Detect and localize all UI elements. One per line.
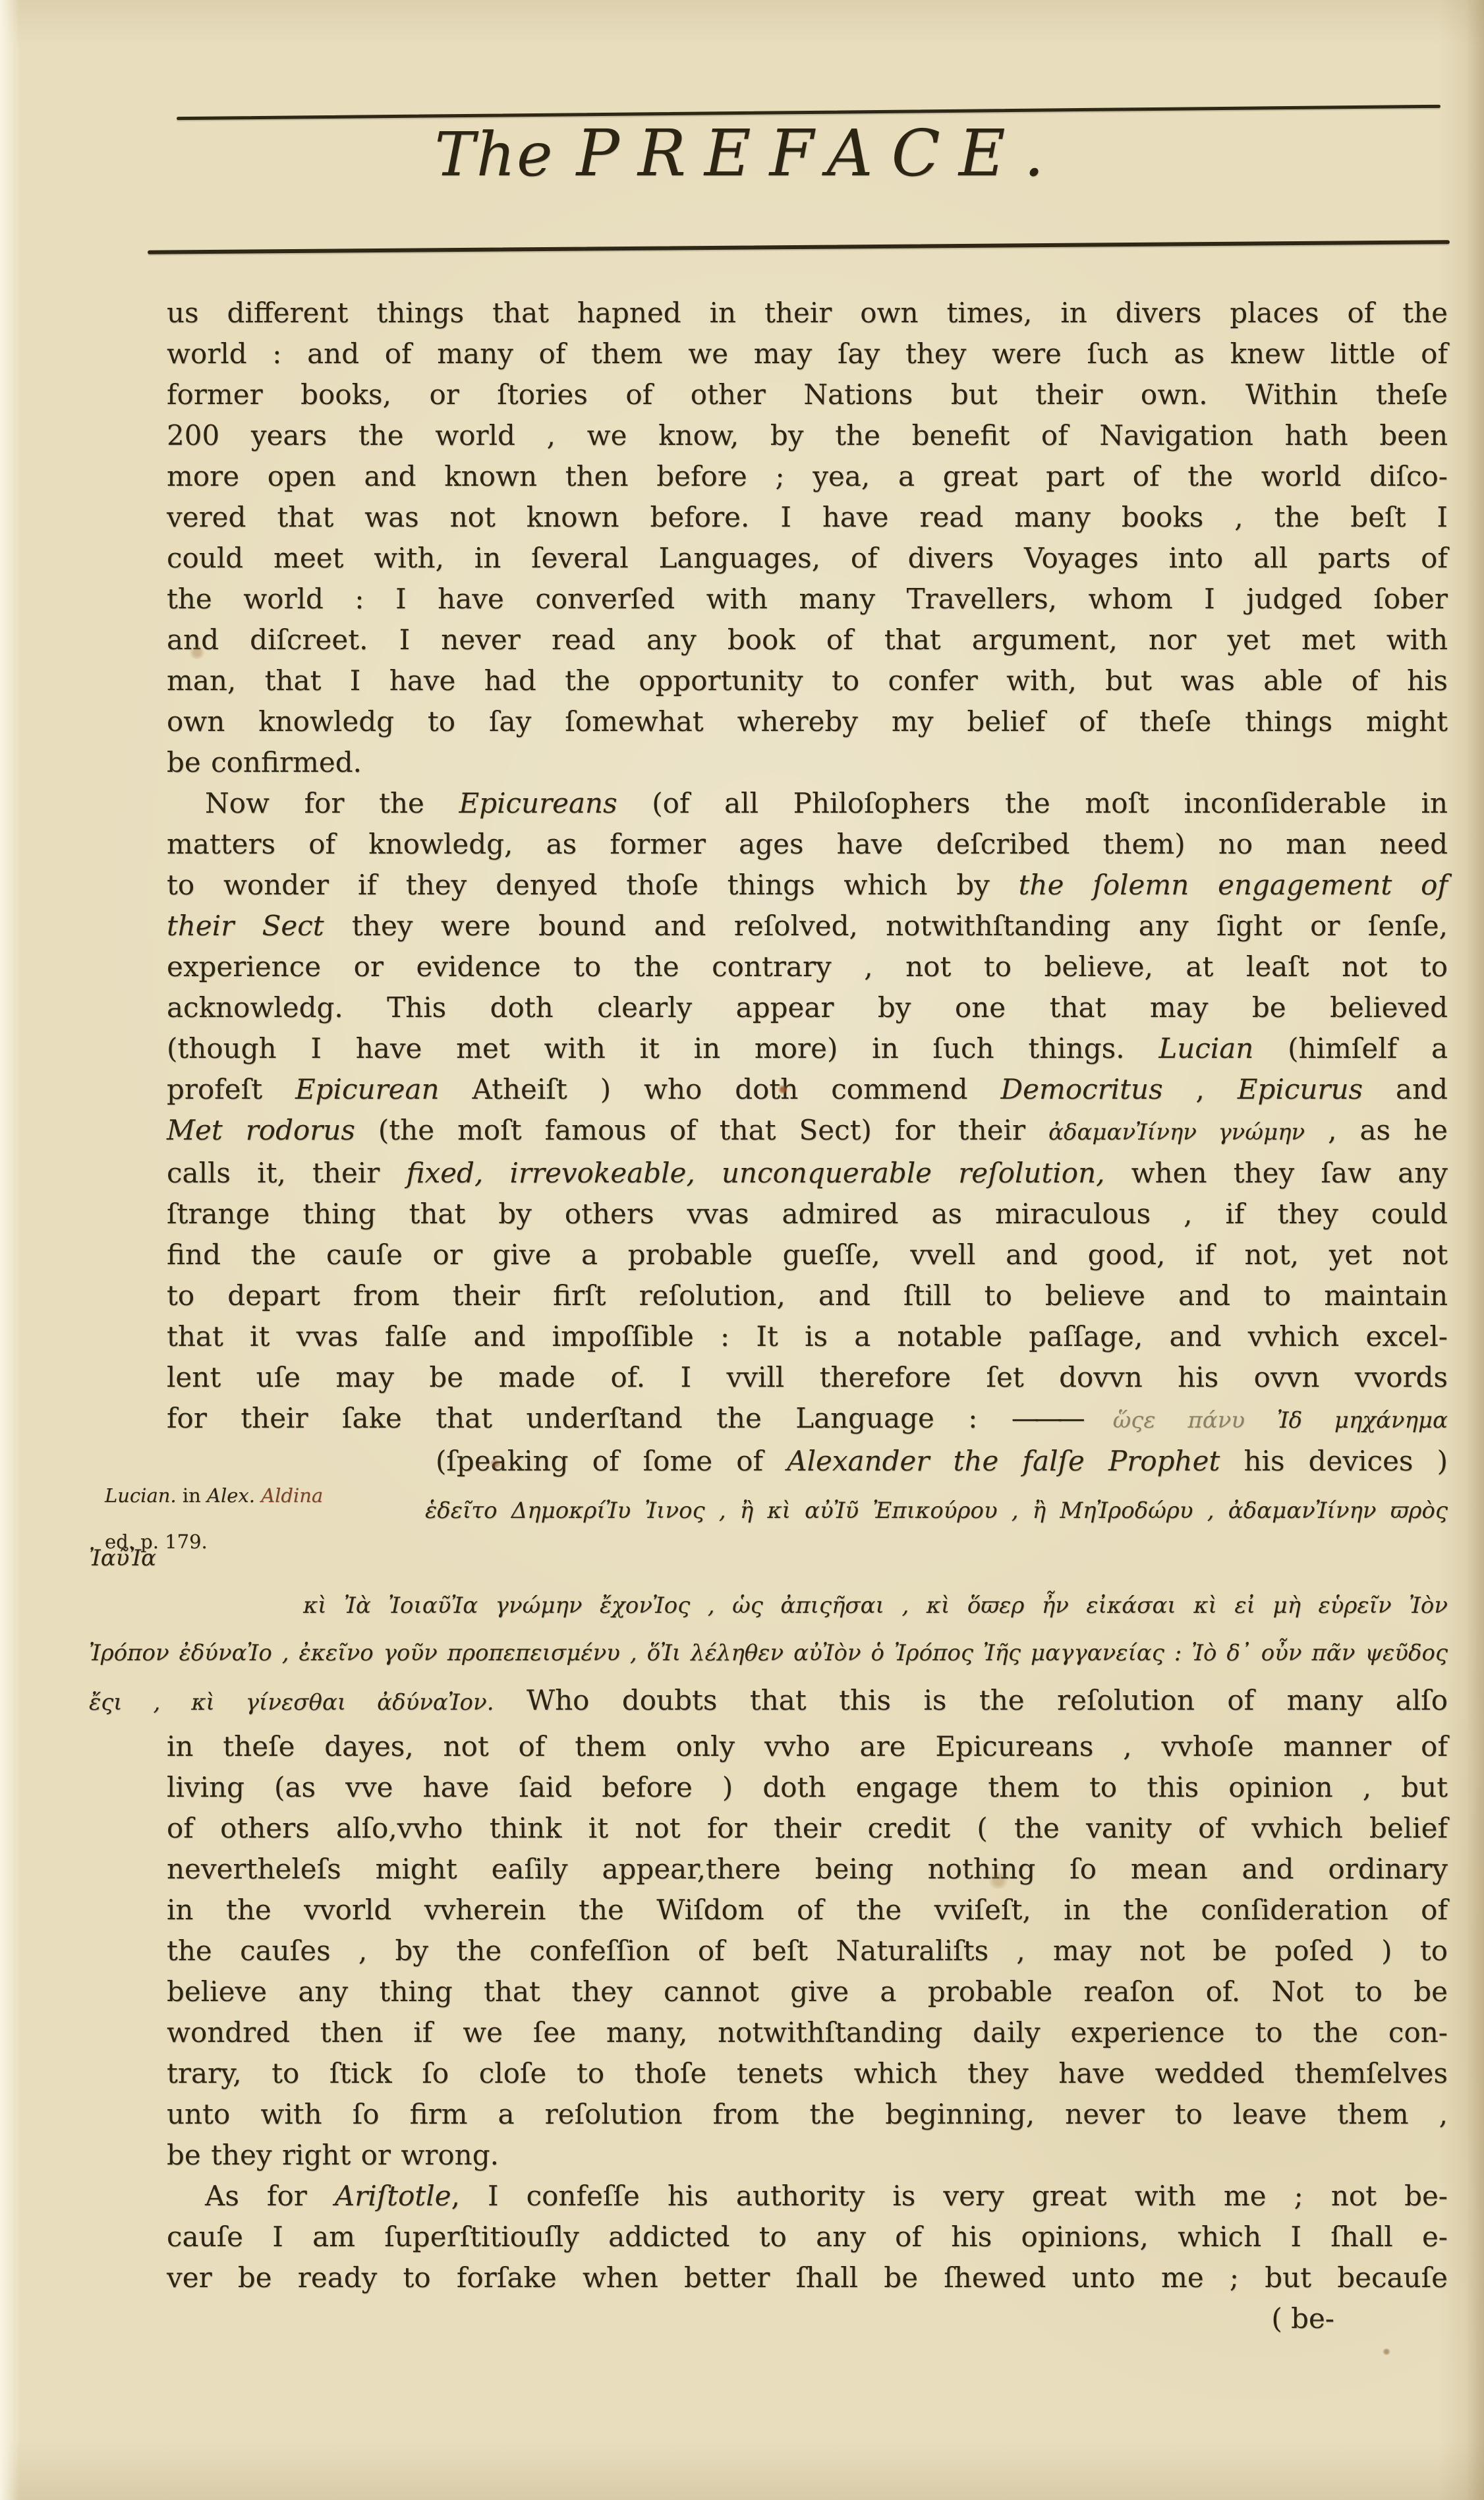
text-line: former books, or ſtories of other Nation… bbox=[167, 374, 1448, 415]
text-segment: lent uſe may be made of. I vvill therefo… bbox=[167, 1361, 1448, 1393]
text-line: own knowledg to ſay ſomewhat whereby my … bbox=[167, 701, 1448, 742]
text-segment: and diſcreet. I never read any book of t… bbox=[167, 624, 1448, 656]
text-line: lent uſe may be made of. I vvill therefo… bbox=[167, 1357, 1448, 1398]
text-line: ἔςι , κὶ γίνεσθαι ἀδύναἸον. Who doubts t… bbox=[89, 1677, 1448, 1726]
text-segment: nevertheleſs might eaſily appear,there b… bbox=[167, 1853, 1448, 1885]
text-segment: to depart from their firſt reſolution, a… bbox=[167, 1279, 1448, 1312]
greek-text: ἀδαμανἸίνην γνώμην bbox=[1048, 1119, 1305, 1146]
text-segment: profeſt bbox=[167, 1073, 295, 1105]
text-segment: As for bbox=[205, 2180, 335, 2212]
text-segment: the world : I have converſed with many T… bbox=[167, 583, 1448, 615]
text-segment: living (as vve have ſaid before ) doth e… bbox=[167, 1771, 1448, 1803]
greek-text: Ἰρόπον ἐδύναἸο , ἐκεῖνο γοῦν προπεπεισμέ… bbox=[89, 1640, 1448, 1666]
text-line: (ſpeaking of ſome of Alexander the falſe… bbox=[167, 1441, 1448, 1482]
text-line: be they right or wrong. bbox=[167, 2135, 1448, 2176]
text-segment: man, that I have had the opportunity to … bbox=[167, 664, 1448, 697]
text-line: κὶ Ἰὰ ἸοιαῦἸα γνώμην ἔχονἸος , ὡς ἀπιςῆσ… bbox=[89, 1582, 1448, 1629]
italic-text: Ariſtotle bbox=[335, 2180, 451, 2212]
text-line: that it vvas falſe and impoſſible : It i… bbox=[167, 1316, 1448, 1357]
text-line: 200 years the world , we know, by the be… bbox=[167, 415, 1448, 456]
text-segment: be they right or wrong. bbox=[167, 2139, 499, 2171]
text-line: man, that I have had the opportunity to … bbox=[167, 660, 1448, 701]
text-segment: and bbox=[1363, 1073, 1448, 1105]
text-segment: they were bound and reſolved, notwithſta… bbox=[324, 910, 1448, 942]
italic-text: Lucian bbox=[1158, 1032, 1253, 1064]
page-title-main: PREFACE. bbox=[577, 116, 1063, 190]
text-line: As for Ariſtotle, I confeſſe his authori… bbox=[167, 2176, 1448, 2217]
text-segment: own knowledg to ſay ſomewhat whereby my … bbox=[167, 705, 1448, 738]
text-segment: , I confeſſe his authority is very great… bbox=[451, 2180, 1448, 2212]
text-segment: vered that was not known before. I have … bbox=[167, 501, 1448, 533]
text-line: be confirmed. bbox=[167, 742, 1448, 783]
text-segment: could meet with, in ſeveral Languages, o… bbox=[167, 542, 1448, 574]
text-line: us different things that hapned in their… bbox=[167, 293, 1448, 334]
text-segment: more open and known then before ; yea, a… bbox=[167, 460, 1448, 492]
text-segment: (ſpeaking of ſome of bbox=[436, 1445, 787, 1477]
text-line: trary, to ſtick ſo cloſe to thoſe tenets… bbox=[167, 2053, 1448, 2094]
text-line: ver be ready to forſake when better ſhal… bbox=[167, 2257, 1448, 2298]
text-line: of others alſo,vvho think it not for the… bbox=[167, 1808, 1448, 1849]
italic-text: the ſolemn engagement of bbox=[1019, 869, 1448, 901]
text-line: matters of knowledg, as former ages have… bbox=[167, 824, 1448, 865]
text-line: calls it, their fixed, irrevokeable, unc… bbox=[167, 1153, 1448, 1194]
text-segment: world : and of many of them we may ſay t… bbox=[167, 337, 1448, 370]
margin-note-line: Lucian. in Alex. Aldina bbox=[105, 1472, 323, 1519]
text-segment: of others alſo,vvho think it not for the… bbox=[167, 1812, 1448, 1844]
text-line: the cauſes , by the confeſſion of beſt N… bbox=[167, 1931, 1448, 1971]
text-segment: acknowledg. This doth clearly appear by … bbox=[167, 991, 1448, 1024]
italic-text: their Sect bbox=[167, 910, 324, 942]
italic-text: fixed, irrevokeable, unconquerable reſol… bbox=[407, 1157, 1105, 1189]
text-line: wondred then if we ſee many, notwithſtan… bbox=[167, 2012, 1448, 2053]
text-segment: experience or evidence to the contrary ,… bbox=[167, 950, 1448, 983]
margin-note-text: Aldina bbox=[255, 1484, 323, 1507]
text-segment: Atheiſt ) who doth commend bbox=[440, 1073, 1001, 1105]
text-line: (though I have met with it in more) in ſ… bbox=[167, 1028, 1448, 1069]
text-segment: believe any thing that they cannot give … bbox=[167, 1975, 1448, 2008]
dash-rule: ——— bbox=[1012, 1402, 1081, 1434]
catchword: ( be- bbox=[167, 2298, 1448, 2339]
margin-note-line: ed. p. 179. bbox=[105, 1519, 323, 1565]
text-segment: calls it, their bbox=[167, 1157, 407, 1189]
text-line: could meet with, in ſeveral Languages, o… bbox=[167, 538, 1448, 579]
text-segment: (though I have met with it in more) in ſ… bbox=[167, 1032, 1158, 1064]
text-segment: trary, to ſtick ſo cloſe to thoſe tenets… bbox=[167, 2057, 1448, 2089]
text-line: to wonder if they denyed thoſe things wh… bbox=[167, 865, 1448, 906]
text-line: believe any thing that they cannot give … bbox=[167, 1971, 1448, 2012]
paragraph-greek: Lucian. in Alex. Aldinaed. p. 179.ἑδεῖτο… bbox=[89, 1482, 1448, 1726]
text-segment: his devices ) bbox=[1220, 1445, 1448, 1477]
greek-text: κὶ Ἰὰ ἸοιαῦἸα γνώμην ἔχονἸος , ὡς ἀπιςῆσ… bbox=[303, 1592, 1448, 1619]
text-segment: former books, or ſtories of other Nation… bbox=[167, 378, 1448, 411]
page-title: ThePREFACE. bbox=[0, 116, 1484, 190]
text-line: in the vvorld vvherein the Wiſdom of the… bbox=[167, 1890, 1448, 1931]
italic-text: Alexander the falſe Prophet bbox=[787, 1445, 1220, 1477]
text-segment: Now for the bbox=[205, 787, 459, 819]
text-column: us different things that hapned in their… bbox=[167, 293, 1448, 2339]
page-title-the: The bbox=[435, 119, 554, 190]
paragraph-p3: As for Ariſtotle, I confeſſe his authori… bbox=[167, 2176, 1448, 2298]
text-segment: (himſelf a bbox=[1253, 1032, 1448, 1064]
paper-stain bbox=[1383, 2348, 1390, 2356]
text-segment: Who doubts that this is the reſolution o… bbox=[494, 1684, 1448, 1716]
text-line: vered that was not known before. I have … bbox=[167, 497, 1448, 538]
text-segment: to wonder if they denyed thoſe things wh… bbox=[167, 869, 1019, 901]
margin-note-text: in bbox=[177, 1484, 207, 1507]
text-line: profeſt Epicurean Atheiſt ) who doth com… bbox=[167, 1069, 1448, 1110]
text-line: world : and of many of them we may ſay t… bbox=[167, 334, 1448, 374]
text-segment: when they ſaw any bbox=[1104, 1157, 1448, 1189]
text-line: ſtrange thing that by others vvas admire… bbox=[167, 1194, 1448, 1235]
text-segment: us different things that hapned in their… bbox=[167, 297, 1448, 329]
text-line: to depart from their firſt reſolution, a… bbox=[167, 1275, 1448, 1316]
text-segment: cauſe I am ſuperſtitiouſly addicted to a… bbox=[167, 2221, 1448, 2253]
text-segment: , bbox=[1163, 1073, 1238, 1105]
text-line: experience or evidence to the contrary ,… bbox=[167, 946, 1448, 987]
text-segment: in theſe dayes, not of them only vvho ar… bbox=[167, 1730, 1448, 1762]
text-segment: , as he bbox=[1305, 1114, 1448, 1146]
text-line: their Sect they were bound and reſolved,… bbox=[167, 906, 1448, 946]
text-segment: the cauſes , by the confeſſion of beſt N… bbox=[167, 1934, 1448, 1967]
text-line: nevertheleſs might eaſily appear,there b… bbox=[167, 1849, 1448, 1890]
italic-text: Democritus bbox=[1000, 1073, 1162, 1105]
text-segment: wondred then if we ſee many, notwithſtan… bbox=[167, 2016, 1448, 2049]
text-segment: matters of knowledg, as former ages have… bbox=[167, 828, 1448, 860]
italic-text: Met rodorus bbox=[167, 1114, 355, 1146]
text-segment: in the vvorld vvherein the Wiſdom of the… bbox=[167, 1894, 1448, 1926]
text-line: Met rodorus (the moſt famous of that Sec… bbox=[167, 1110, 1448, 1153]
paragraph-p2b: in theſe dayes, not of them only vvho ar… bbox=[167, 1726, 1448, 2176]
text-line: living (as vve have ſaid before ) doth e… bbox=[167, 1767, 1448, 1808]
text-segment: 200 years the world , we know, by the be… bbox=[167, 419, 1448, 451]
greek-text: Ἰδ μηχάνημα bbox=[1277, 1407, 1448, 1434]
text-line: and diſcreet. I never read any book of t… bbox=[167, 620, 1448, 660]
scanned-book-page: ThePREFACE. us different things that hap… bbox=[0, 0, 1484, 2500]
greek-text: ἔςι , κὶ γίνεσθαι ἀδύναἸον. bbox=[89, 1689, 494, 1716]
text-segment: be confirmed. bbox=[167, 746, 362, 778]
text-segment: (the moſt famous of that Sect) for their bbox=[355, 1114, 1048, 1146]
text-segment: that it vvas falſe and impoſſible : It i… bbox=[167, 1320, 1448, 1352]
title-underline-rule bbox=[148, 240, 1450, 254]
text-segment: ſtrange thing that by others vvas admire… bbox=[167, 1198, 1448, 1230]
italic-text: Epicurus bbox=[1238, 1073, 1363, 1105]
text-line: Ἰρόπον ἐδύναἸο , ἐκεῖνο γοῦν προπεπεισμέ… bbox=[89, 1629, 1448, 1677]
text-line: Now for the Epicureans (of all Philoſoph… bbox=[167, 783, 1448, 824]
margin-note-text: Lucian. bbox=[105, 1484, 177, 1507]
text-segment: for their ſake that underſtand the Langu… bbox=[167, 1402, 1012, 1434]
margin-note-text: Alex. bbox=[207, 1484, 255, 1507]
text-line: cauſe I am ſuperſtitiouſly addicted to a… bbox=[167, 2217, 1448, 2257]
paragraph-p1: us different things that hapned in their… bbox=[167, 293, 1448, 783]
italic-text: Epicurean bbox=[295, 1073, 440, 1105]
italic-text: Epicureans bbox=[459, 787, 617, 819]
greek-text: ὥςε πάνυ bbox=[1081, 1407, 1277, 1434]
text-line: acknowledg. This doth clearly appear by … bbox=[167, 987, 1448, 1028]
text-line: unto with ſo firm a reſolution from the … bbox=[167, 2094, 1448, 2135]
text-segment: unto with ſo firm a reſolution from the … bbox=[167, 2098, 1448, 2130]
text-line: the world : I have converſed with many T… bbox=[167, 579, 1448, 620]
text-line: find the cauſe or give a probable gueſſe… bbox=[167, 1235, 1448, 1275]
text-line: for their ſake that underſtand the Langu… bbox=[167, 1398, 1448, 1441]
paragraph-p2a: Now for the Epicureans (of all Philoſoph… bbox=[167, 783, 1448, 1482]
margin-note: Lucian. in Alex. Aldinaed. p. 179. bbox=[105, 1472, 323, 1565]
text-segment: ver be ready to forſake when better ſhal… bbox=[167, 2261, 1448, 2294]
text-line: in theſe dayes, not of them only vvho ar… bbox=[167, 1726, 1448, 1767]
text-segment: (of all Philoſophers the moſt inconſider… bbox=[617, 787, 1448, 819]
text-line: more open and known then before ; yea, a… bbox=[167, 456, 1448, 497]
text-segment: find the cauſe or give a probable gueſſe… bbox=[167, 1238, 1448, 1271]
